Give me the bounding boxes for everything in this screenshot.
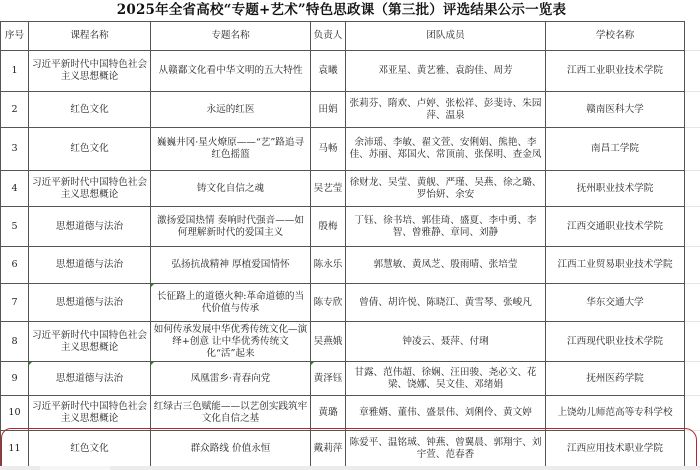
cell-no[interactable]: 4 [1, 171, 29, 207]
cell-school[interactable]: 华东交通大学 [546, 284, 685, 322]
horizontal-scrollbar[interactable] [0, 466, 700, 470]
cell-no[interactable]: 11 [1, 431, 29, 467]
cell-members[interactable]: 郭慧敏、黄凤芝、殷雨晴、张培莹 [346, 247, 546, 284]
cell-leader[interactable]: 袁曦 [311, 51, 346, 92]
cell-course[interactable]: 习近平新时代中国特色社会主义思想概论 [29, 322, 151, 362]
comment-marker-icon[interactable] [151, 362, 154, 365]
cell-course[interactable]: 红色文化 [29, 92, 151, 128]
table-row: 6 思想道德与法治 弘扬抗战精神 厚植爱国情怀 陈永乐 郭慧敏、黄凤芝、殷雨晴、… [1, 247, 685, 284]
cell-leader[interactable]: 吴燕娥 [311, 322, 346, 362]
cell-school[interactable]: 江西应用技术职业学院 [546, 431, 685, 467]
cell-course[interactable]: 习近平新时代中国特色社会主义思想概论 [29, 51, 151, 92]
cell-school[interactable]: 南昌工学院 [546, 128, 685, 171]
cell-topic[interactable]: 凤凰雷乡·青春向党 [151, 362, 311, 396]
cell-school[interactable]: 抚州医药学院 [546, 362, 685, 396]
cell-leader[interactable]: 田娟 [311, 92, 346, 128]
cell-course[interactable]: 红色文化 [29, 128, 151, 171]
cell-no[interactable]: 2 [1, 92, 29, 128]
cell-course[interactable]: 思想道德与法治 [29, 247, 151, 284]
table-row-highlighted: 11 红色文化 群众路线 价值永恒 戴莉萍 陈爱平、温铭珹、钟燕、曾翼晨、郭翔宇… [1, 431, 685, 467]
header-row: 序号 课程名称 专题名称 负责人 团队成员 学校名称 [1, 22, 685, 51]
comment-marker-icon[interactable] [151, 284, 154, 287]
cell-members[interactable]: 邓亚星、黄艺雅、袁韵佳、周芳 [346, 51, 546, 92]
cell-school[interactable]: 江西现代职业技术学院 [546, 322, 685, 362]
cell-members[interactable]: 钟凌云、聂萍、付琍 [346, 322, 546, 362]
sheet-gutter [683, 0, 700, 470]
cell-leader[interactable]: 陈专欣 [311, 284, 346, 322]
cell-no[interactable]: 8 [1, 322, 29, 362]
cell-school[interactable]: 江西工业贸易职业技术学院 [546, 247, 685, 284]
cell-course[interactable]: 思想道德与法治 [29, 207, 151, 247]
table-row: 10 习近平新时代中国特色社会主义思想概论 红绿古三色赋能——以艺创实践筑牢文化… [1, 396, 685, 431]
results-table: 序号 课程名称 专题名称 负责人 团队成员 学校名称 1 习近平新时代中国特色社… [0, 21, 685, 467]
cell-course[interactable]: 思想道德与法治 [29, 284, 151, 322]
cell-members[interactable]: 曾倩、胡许悦、陈晓江、黄雪琴、张峻凡 [346, 284, 546, 322]
cell-members[interactable]: 章雅婿、董伟、盛景伟、刘俐伶、黄文婷 [346, 396, 546, 431]
cell-school[interactable]: 江西工业职业技术学院 [546, 51, 685, 92]
cell-leader[interactable]: 黄泽钰 [311, 362, 346, 396]
cell-topic[interactable]: 巍巍井冈·星火燎原——“艺”路追寻红色摇篮 [151, 128, 311, 171]
table-row: 8 习近平新时代中国特色社会主义思想概论 如何传承发展中华优秀传统文化—演绎+创… [1, 322, 685, 362]
comment-marker-icon[interactable] [29, 362, 32, 365]
cell-school[interactable]: 赣南医科大学 [546, 92, 685, 128]
cell-members[interactable]: 甘露、范伟超、徐娴、汪田骏、尧必文、花梁、饶娜、吴文佳、邓绪娟 [346, 362, 546, 396]
table-row: 4 习近平新时代中国特色社会主义思想概论 铸文化自信之魂 吴艺莹 徐财龙、吴莹、… [1, 171, 685, 207]
comment-marker-icon[interactable] [311, 362, 314, 365]
header-cell-members[interactable]: 团队成员 [346, 22, 546, 51]
cell-no[interactable]: 3 [1, 128, 29, 171]
table-row: 1 习近平新时代中国特色社会主义思想概论 从赣鄱文化看中华文明的五大特性 袁曦 … [1, 51, 685, 92]
cell-no[interactable]: 10 [1, 396, 29, 431]
header-cell-topic[interactable]: 专题名称 [151, 22, 311, 51]
cell-members[interactable]: 张莉芬、隋欢、卢婷、张松祥、彭斐诗、朱园萍、温泉 [346, 92, 546, 128]
cell-leader[interactable]: 戴莉萍 [311, 431, 346, 467]
page-title: 2025年全省高校“专题+艺术”特色思政课（第三批）评选结果公示一览表 [0, 0, 683, 21]
cell-leader[interactable]: 黄璐 [311, 396, 346, 431]
table-row: 5 思想道德与法治 激扬爱国热情 奏响时代强音——如何理解新时代的爱国主义 殷梅… [1, 207, 685, 247]
scrollbar-thumb[interactable] [40, 466, 110, 470]
cell-topic[interactable]: 铸文化自信之魂 [151, 171, 311, 207]
cell-leader[interactable]: 殷梅 [311, 207, 346, 247]
cell-topic[interactable]: 激扬爱国热情 奏响时代强音——如何理解新时代的爱国主义 [151, 207, 311, 247]
header-cell-leader[interactable]: 负责人 [311, 22, 346, 51]
cell-members[interactable]: 徐财龙、吴莹、黄舰、严瑾、吴燕、徐之璐、罗怡妍、余安 [346, 171, 546, 207]
table-row: 9 思想道德与法治 凤凰雷乡·青春向党 黄泽钰 甘露、范伟超、徐娴、汪田骏、尧必… [1, 362, 685, 396]
header-cell-course[interactable]: 课程名称 [29, 22, 151, 51]
cell-leader[interactable]: 马畅 [311, 128, 346, 171]
cell-course[interactable]: 红色文化 [29, 431, 151, 467]
cell-topic[interactable]: 群众路线 价值永恒 [151, 431, 311, 467]
cell-school[interactable]: 上饶幼儿师范高等专科学校 [546, 396, 685, 431]
cell-leader[interactable]: 陈永乐 [311, 247, 346, 284]
cell-no[interactable]: 6 [1, 247, 29, 284]
cell-topic[interactable]: 长征路上的道德火种:革命道德的当代价值与传承 [151, 284, 311, 322]
cell-course[interactable]: 习近平新时代中国特色社会主义思想概论 [29, 396, 151, 431]
cell-school[interactable]: 江西交通职业技术学院 [546, 207, 685, 247]
cell-topic[interactable]: 红绿古三色赋能——以艺创实践筑牢文化自信之基 [151, 396, 311, 431]
table-row: 7 思想道德与法治 长征路上的道德火种:革命道德的当代价值与传承 陈专欣 曾倩、… [1, 284, 685, 322]
cell-topic[interactable]: 如何传承发展中华优秀传统文化—演绎+创意 让中华优秀传统文化“活”起来 [151, 322, 311, 362]
cell-topic[interactable]: 永远的红医 [151, 92, 311, 128]
cell-no[interactable]: 5 [1, 207, 29, 247]
cell-course[interactable]: 习近平新时代中国特色社会主义思想概论 [29, 171, 151, 207]
cell-no[interactable]: 1 [1, 51, 29, 92]
table-row: 3 红色文化 巍巍井冈·星火燎原——“艺”路追寻红色摇篮 马畅 余沛瑶、李敏、翟… [1, 128, 685, 171]
cell-no[interactable]: 9 [1, 362, 29, 396]
cell-leader[interactable]: 吴艺莹 [311, 171, 346, 207]
cell-members[interactable]: 丁钰、徐书培、郭佳琦、盛夏、李中勇、李智、曾雅静、章同、刘静 [346, 207, 546, 247]
cell-topic[interactable]: 弘扬抗战精神 厚植爱国情怀 [151, 247, 311, 284]
cell-topic[interactable]: 从赣鄱文化看中华文明的五大特性 [151, 51, 311, 92]
cell-course[interactable]: 思想道德与法治 [29, 362, 151, 396]
header-cell-school[interactable]: 学校名称 [546, 22, 685, 51]
cell-members[interactable]: 陈爱平、温铭珹、钟燕、曾翼晨、郭翔宇、刘宇萱、范春香 [346, 431, 546, 467]
header-cell-no[interactable]: 序号 [1, 22, 29, 51]
cell-members[interactable]: 余沛瑶、李敏、翟文萱、安俐娟、熊艳、李佳、苏丽、郑国火、常顶前、张保明、查金凤 [346, 128, 546, 171]
cell-no[interactable]: 7 [1, 284, 29, 322]
table-row: 2 红色文化 永远的红医 田娟 张莉芬、隋欢、卢婷、张松祥、彭斐诗、朱园萍、温泉… [1, 92, 685, 128]
cell-school[interactable]: 抚州职业技术学院 [546, 171, 685, 207]
